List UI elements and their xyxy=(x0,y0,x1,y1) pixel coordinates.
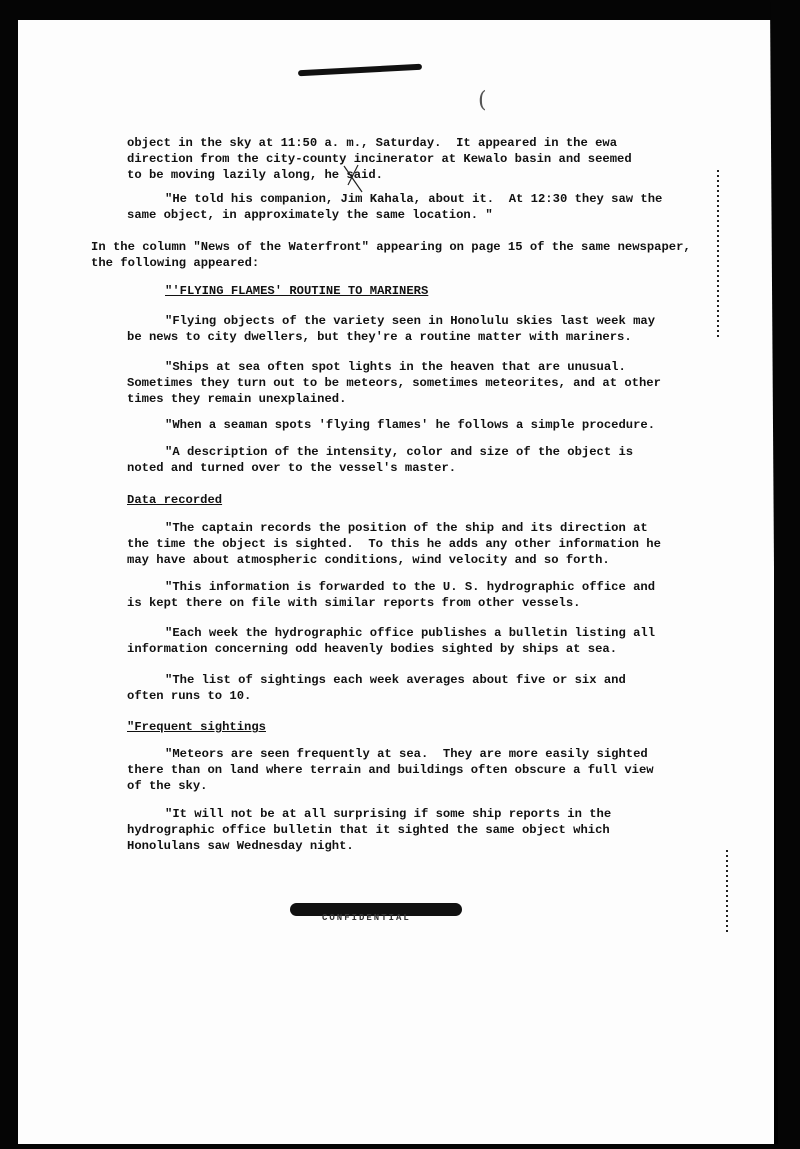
text-line: "When a seaman spots 'flying flames' he … xyxy=(165,418,655,434)
text-line: direction from the city-county incinerat… xyxy=(127,152,632,168)
text-line: the time the object is sighted. To this … xyxy=(127,537,661,553)
text-line: times they remain unexplained. xyxy=(127,392,346,408)
text-line: there than on land where terrain and bui… xyxy=(127,763,654,779)
text-line: In the column "News of the Waterfront" a… xyxy=(91,240,691,256)
text-line: "The list of sightings each week average… xyxy=(165,673,626,689)
classification-stamp-bottom: CONFIDENTIAL xyxy=(322,913,411,923)
text-line: the following appeared: xyxy=(91,256,259,272)
text-line: Sometimes they turn out to be meteors, s… xyxy=(127,376,661,392)
text-line: of the sky. xyxy=(127,779,207,795)
scan-border-left xyxy=(0,0,18,1149)
text-line: object in the sky at 11:50 a. m., Saturd… xyxy=(127,136,617,152)
scan-border-top xyxy=(0,0,800,20)
handwritten-slash-mark xyxy=(340,163,366,195)
text-line: Honolulans saw Wednesday night. xyxy=(127,839,354,855)
text-line: same object, in approximately the same l… xyxy=(127,208,493,224)
text-line: is kept there on file with similar repor… xyxy=(127,596,580,612)
text-line: "Each week the hydrographic office publi… xyxy=(165,626,655,642)
stray-mark: ( xyxy=(478,88,487,113)
text-line: "The captain records the position of the… xyxy=(165,521,648,537)
text-line: "He told his companion, Jim Kahala, abou… xyxy=(165,192,662,208)
text-line: be news to city dwellers, but they're a … xyxy=(127,330,632,346)
section-heading: "'FLYING FLAMES' ROUTINE TO MARINERS xyxy=(165,284,428,300)
scan-border-right xyxy=(770,0,800,1149)
text-line: information concerning odd heavenly bodi… xyxy=(127,642,617,658)
scan-artifact-line xyxy=(726,850,728,935)
text-line: hydrographic office bulletin that it sig… xyxy=(127,823,610,839)
text-line: "It will not be at all surprising if som… xyxy=(165,807,611,823)
section-heading: Data recorded xyxy=(127,493,222,509)
text-line: often runs to 10. xyxy=(127,689,251,705)
text-line: noted and turned over to the vessel's ma… xyxy=(127,461,456,477)
text-line: may have about atmospheric conditions, w… xyxy=(127,553,610,569)
section-heading: "Frequent sightings xyxy=(127,720,266,736)
scan-artifact-line xyxy=(717,170,719,340)
text-line: "Flying objects of the variety seen in H… xyxy=(165,314,655,330)
text-line: "Ships at sea often spot lights in the h… xyxy=(165,360,626,376)
scan-border-bottom xyxy=(0,1144,800,1149)
text-line: "Meteors are seen frequently at sea. The… xyxy=(165,747,648,763)
text-line: "This information is forwarded to the U.… xyxy=(165,580,655,596)
text-line: "A description of the intensity, color a… xyxy=(165,445,633,461)
